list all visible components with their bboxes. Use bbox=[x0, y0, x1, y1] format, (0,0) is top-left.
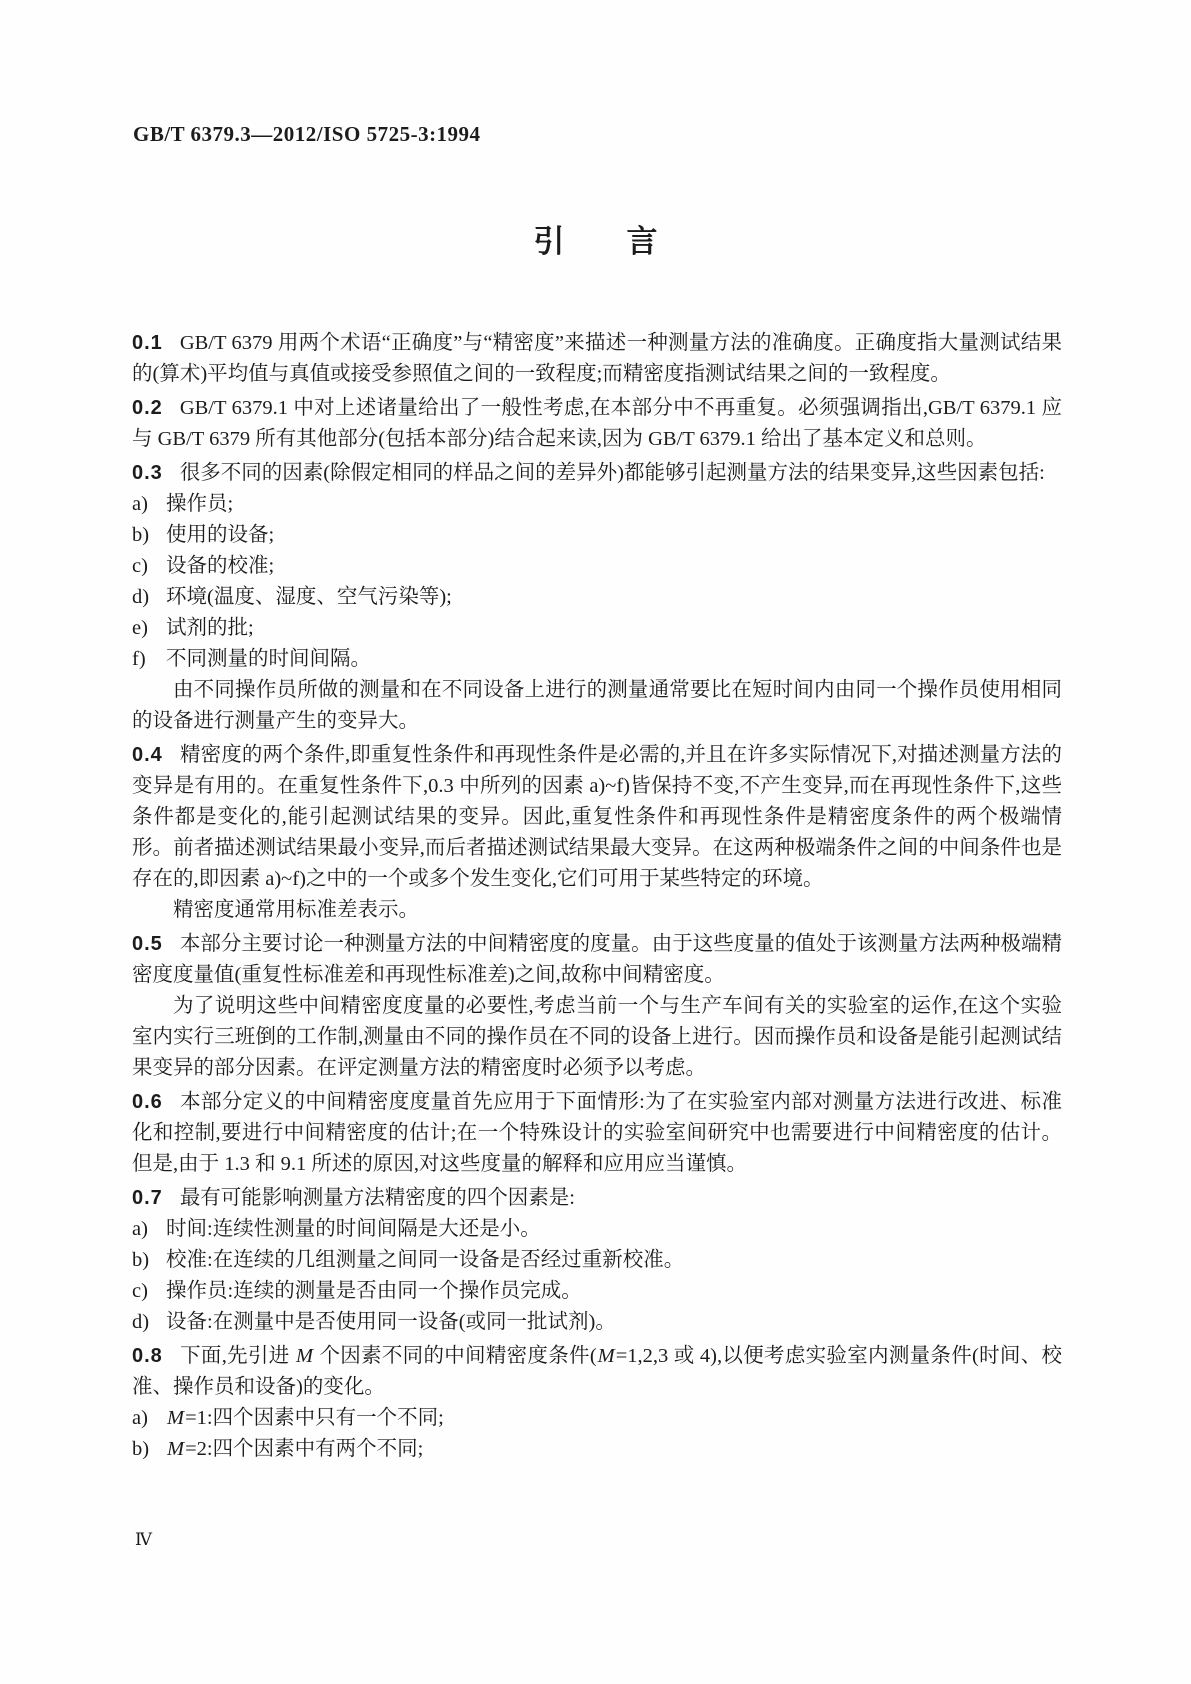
list-item-label: c) bbox=[132, 551, 166, 582]
clause-text: GB/T 6379 用两个术语“正确度”与“精密度”来描述一种测量方法的准确度。… bbox=[132, 332, 1062, 385]
list-item-text: M=2:四个因素中有两个不同; bbox=[166, 1438, 423, 1460]
list-item-label: c) bbox=[132, 1276, 166, 1307]
clause-text: 最有可能影响测量方法精密度的四个因素是: bbox=[180, 1187, 575, 1209]
list-item-text: 操作员; bbox=[166, 493, 233, 515]
clause-text: 本部分主要讨论一种测量方法的中间精密度的度量。由于这些度量的值处于该测量方法两种… bbox=[132, 933, 1062, 986]
list-item-a: a)操作员; bbox=[132, 489, 1062, 520]
list-item-text: 时间:连续性测量的时间间隔是大还是小。 bbox=[166, 1218, 541, 1240]
body-paragraph: 精密度通常用标准差表示。 bbox=[132, 895, 1062, 926]
list-item-text: 操作员:连续的测量是否由同一个操作员完成。 bbox=[166, 1280, 582, 1302]
variable-M: M bbox=[295, 1345, 314, 1367]
list-item-text: 设备的校准; bbox=[166, 555, 274, 577]
list-item-e: e)试剂的批; bbox=[132, 613, 1062, 644]
list-item-text: 不同测量的时间间隔。 bbox=[166, 648, 371, 670]
list-item-label: f) bbox=[132, 644, 166, 675]
list-item-label: d) bbox=[132, 582, 166, 613]
list-item-label: a) bbox=[132, 1403, 166, 1434]
list-item-text: 使用的设备; bbox=[166, 524, 274, 546]
clause-number: 0.2 bbox=[132, 397, 163, 419]
list-item-c: c)设备的校准; bbox=[132, 551, 1062, 582]
clause-text: 很多不同的因素(除假定相同的样品之间的差异外)都能够引起测量方法的结果变异,这些… bbox=[180, 462, 1045, 484]
list-item-b: b)M=2:四个因素中有两个不同; bbox=[132, 1434, 1062, 1465]
list-item-label: d) bbox=[132, 1307, 166, 1338]
clause-number: 0.8 bbox=[132, 1345, 163, 1367]
document-body: 0.1GB/T 6379 用两个术语“正确度”与“精密度”来描述一种测量方法的准… bbox=[132, 325, 1062, 1465]
list-item-label: a) bbox=[132, 489, 166, 520]
list-item-f: f)不同测量的时间间隔。 bbox=[132, 644, 1062, 675]
clause-0.8: 0.8下面,先引进 M 个因素不同的中间精密度条件(M=1,2,3 或 4),以… bbox=[132, 1341, 1062, 1403]
list-item-label: b) bbox=[132, 1245, 166, 1276]
clause-0.7: 0.7最有可能影响测量方法精密度的四个因素是: bbox=[132, 1183, 1062, 1214]
list-item-d: d)环境(温度、湿度、空气污染等); bbox=[132, 582, 1062, 613]
standard-code-header: GB/T 6379.3—2012/ISO 5725-3:1994 bbox=[133, 122, 481, 147]
body-paragraph: 为了说明这些中间精密度度量的必要性,考虑当前一个与生产车间有关的实验室的运作,在… bbox=[132, 991, 1062, 1084]
list-item-label: b) bbox=[132, 1434, 166, 1465]
clause-number: 0.5 bbox=[132, 933, 163, 955]
list-item-b: b)校准:在连续的几组测量之间同一设备是否经过重新校准。 bbox=[132, 1245, 1062, 1276]
clause-text: 下面,先引进 M 个因素不同的中间精密度条件(M=1,2,3 或 4),以便考虑… bbox=[132, 1345, 1062, 1398]
section-title: 引 言 bbox=[0, 224, 1191, 260]
clause-number: 0.4 bbox=[132, 744, 163, 766]
list-item-text: 设备:在测量中是否使用同一设备(或同一批试剂)。 bbox=[166, 1311, 616, 1333]
document-page: GB/T 6379.3—2012/ISO 5725-3:1994 引 言 0.1… bbox=[0, 0, 1191, 1684]
variable-M: M bbox=[166, 1407, 185, 1429]
list-item-label: e) bbox=[132, 613, 166, 644]
page-number: Ⅳ bbox=[135, 1530, 153, 1550]
list-item-b: b)使用的设备; bbox=[132, 520, 1062, 551]
clause-text: 本部分定义的中间精密度度量首先应用于下面情形:为了在实验室内部对测量方法进行改进… bbox=[132, 1091, 1062, 1175]
variable-M: M bbox=[166, 1438, 185, 1460]
clause-0.3: 0.3很多不同的因素(除假定相同的样品之间的差异外)都能够引起测量方法的结果变异… bbox=[132, 458, 1062, 489]
list-item-text: 试剂的批; bbox=[166, 617, 254, 639]
clause-text: GB/T 6379.1 中对上述诸量给出了一般性考虑,在本部分中不再重复。必须强… bbox=[132, 397, 1062, 450]
body-paragraph: 由不同操作员所做的测量和在不同设备上进行的测量通常要比在短时间内由同一个操作员使… bbox=[132, 675, 1062, 737]
clause-0.5: 0.5本部分主要讨论一种测量方法的中间精密度的度量。由于这些度量的值处于该测量方… bbox=[132, 929, 1062, 991]
list-item-text: M=1:四个因素中只有一个不同; bbox=[166, 1407, 444, 1429]
clause-number: 0.1 bbox=[132, 332, 163, 354]
list-item-d: d)设备:在测量中是否使用同一设备(或同一批试剂)。 bbox=[132, 1307, 1062, 1338]
clause-text: 精密度的两个条件,即重复性条件和再现性条件是必需的,并且在许多实际情况下,对描述… bbox=[132, 744, 1062, 890]
list-item-a: a)M=1:四个因素中只有一个不同; bbox=[132, 1403, 1062, 1434]
clause-number: 0.3 bbox=[132, 462, 163, 484]
clause-0.4: 0.4精密度的两个条件,即重复性条件和再现性条件是必需的,并且在许多实际情况下,… bbox=[132, 740, 1062, 895]
clause-0.2: 0.2GB/T 6379.1 中对上述诸量给出了一般性考虑,在本部分中不再重复。… bbox=[132, 393, 1062, 455]
list-item-label: a) bbox=[132, 1214, 166, 1245]
list-item-c: c)操作员:连续的测量是否由同一个操作员完成。 bbox=[132, 1276, 1062, 1307]
list-item-a: a)时间:连续性测量的时间间隔是大还是小。 bbox=[132, 1214, 1062, 1245]
list-item-text: 环境(温度、湿度、空气污染等); bbox=[166, 586, 452, 608]
clause-0.6: 0.6本部分定义的中间精密度度量首先应用于下面情形:为了在实验室内部对测量方法进… bbox=[132, 1087, 1062, 1180]
clause-0.1: 0.1GB/T 6379 用两个术语“正确度”与“精密度”来描述一种测量方法的准… bbox=[132, 328, 1062, 390]
list-item-label: b) bbox=[132, 520, 166, 551]
clause-number: 0.6 bbox=[132, 1091, 163, 1113]
variable-M: M bbox=[597, 1345, 616, 1367]
clause-number: 0.7 bbox=[132, 1187, 163, 1209]
list-item-text: 校准:在连续的几组测量之间同一设备是否经过重新校准。 bbox=[166, 1249, 684, 1271]
